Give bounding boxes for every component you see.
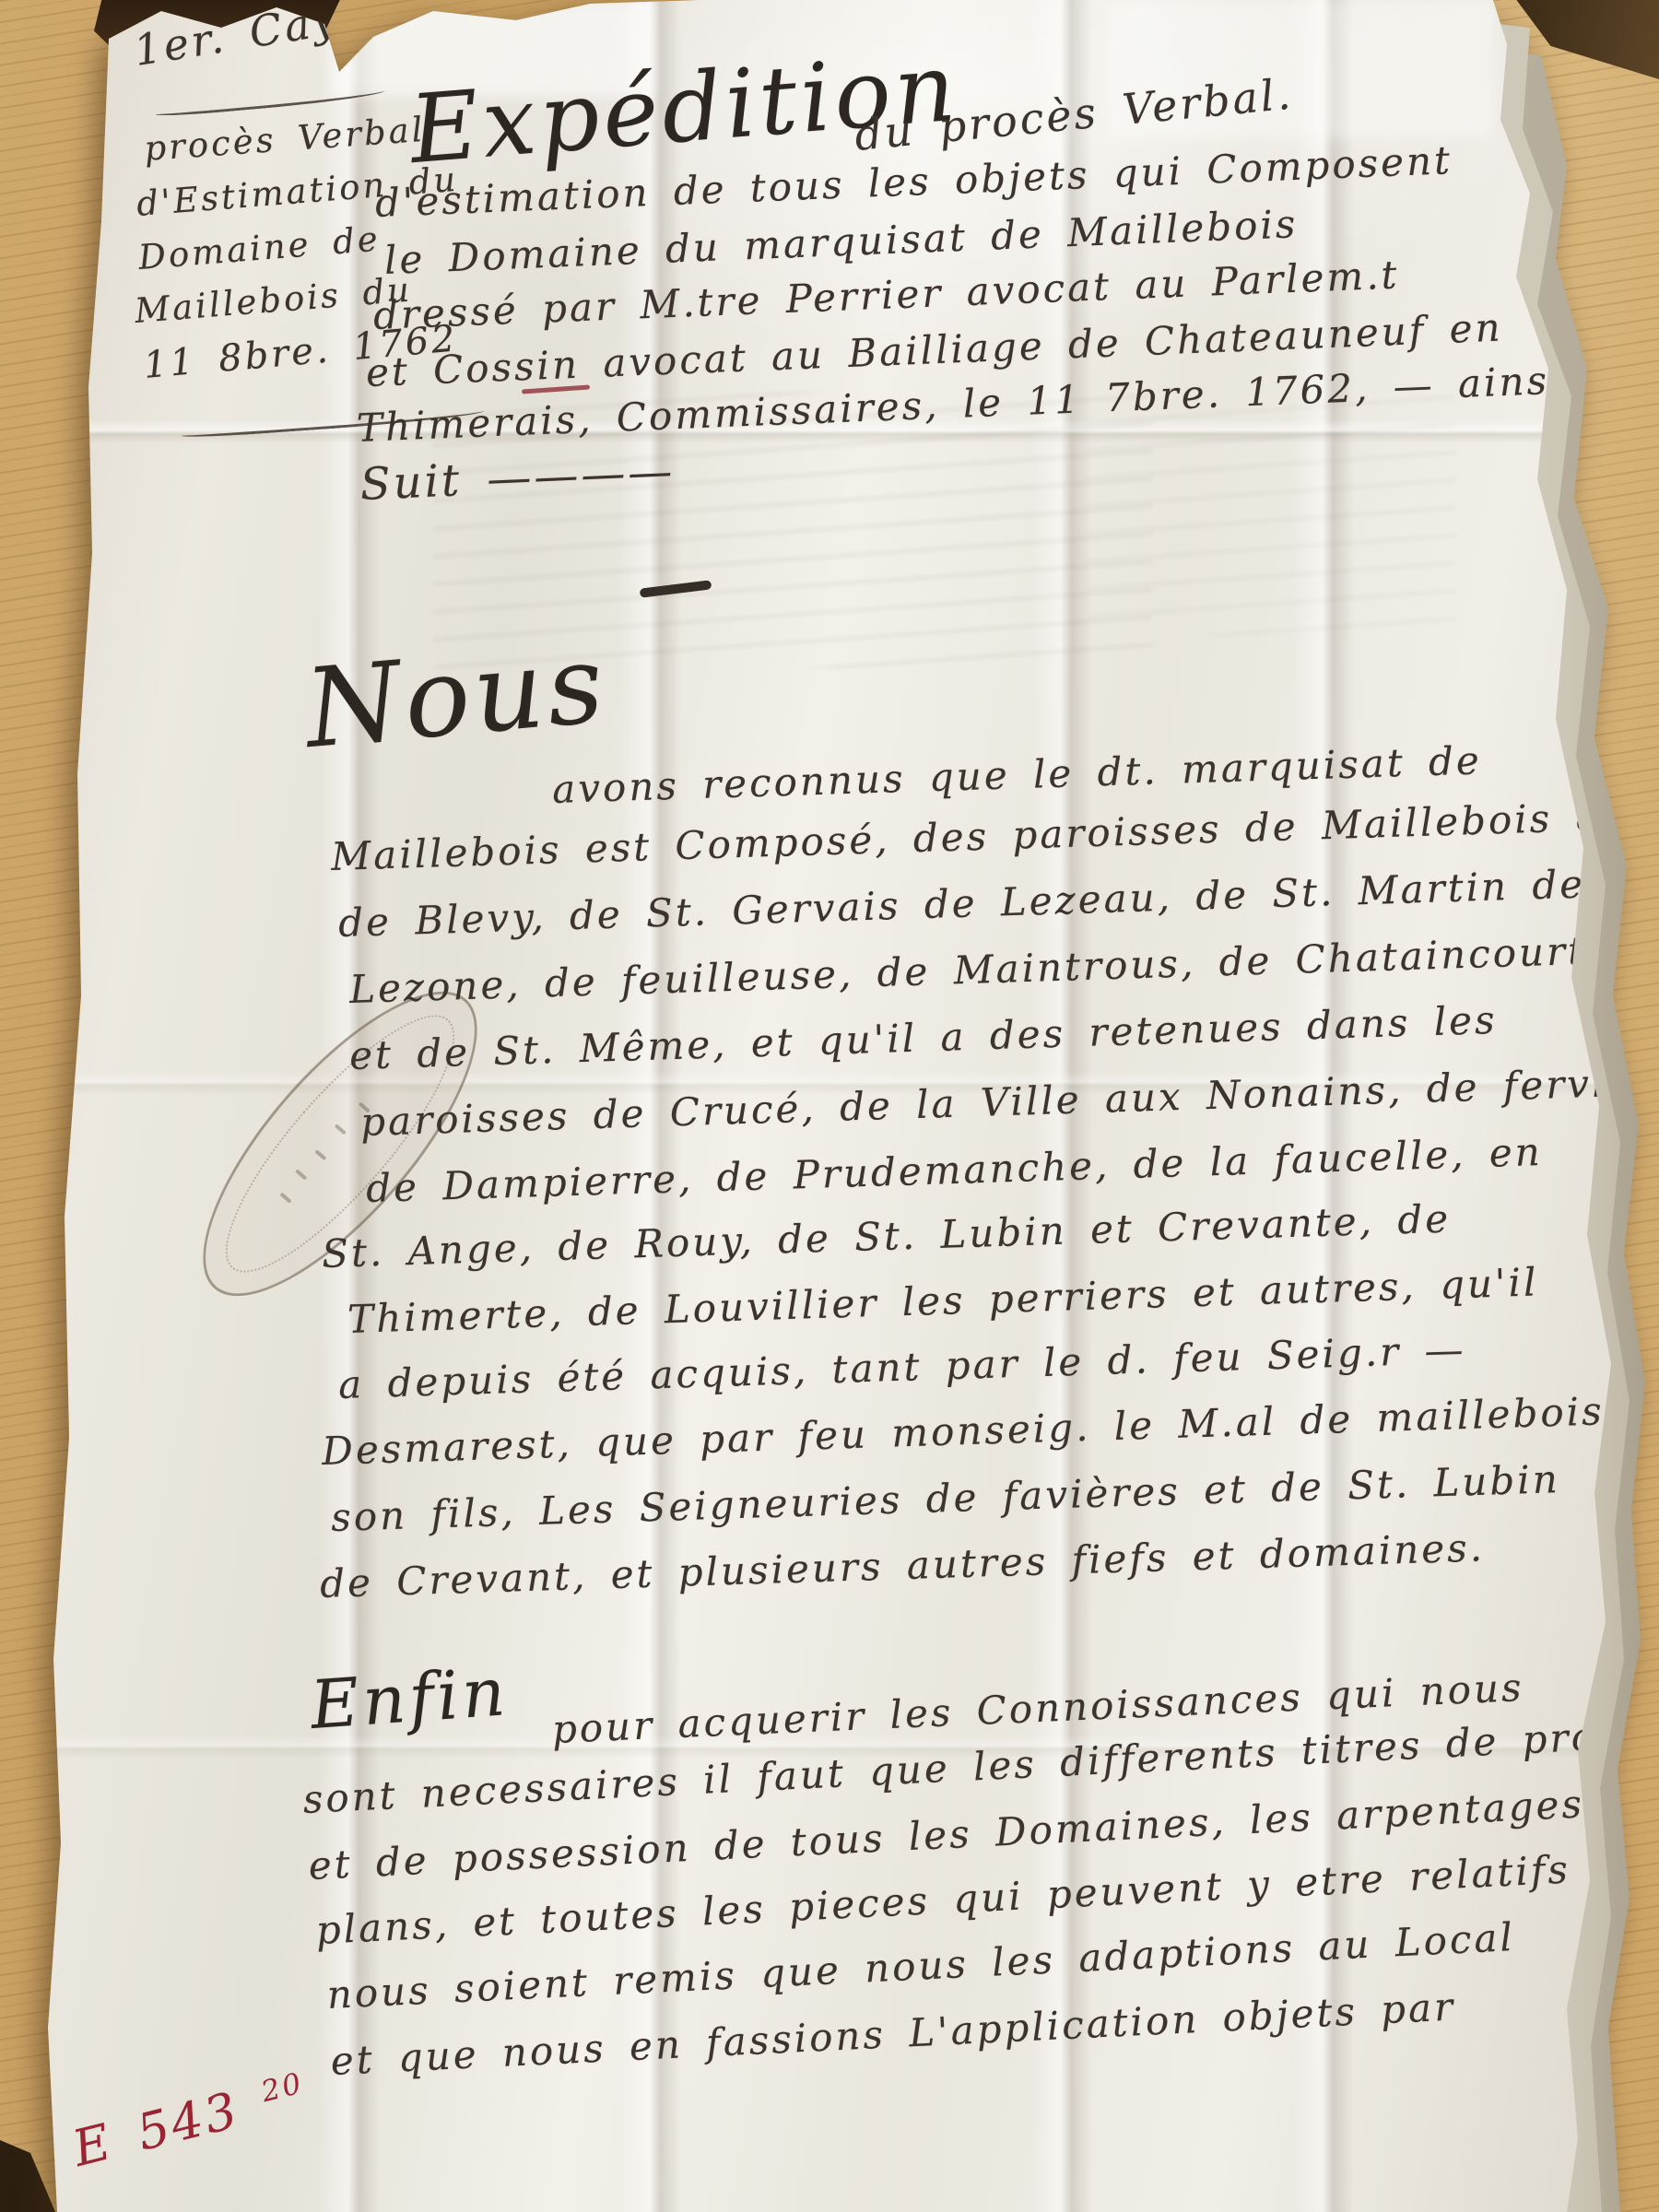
body-initial-word: Nous — [300, 619, 612, 772]
archive-shelfmark-text: E 543 — [67, 2080, 245, 2178]
table-shadow-bottom-left — [0, 2140, 55, 2212]
archive-shelfmark: E 543 20 — [67, 2064, 312, 2178]
closing-initial-word: Enfin — [308, 1653, 511, 1744]
manuscript-page: 1er. Cayer procès Verbal d'Estimation du… — [0, 0, 1659, 2212]
manuscript-photo: 1er. Cayer procès Verbal d'Estimation du… — [0, 0, 1659, 2212]
archive-shelfmark-superscript: 20 — [258, 2066, 307, 2109]
body-line: St. Ange, de Rouy, de St. Lubin et Creva… — [321, 1196, 1451, 1277]
ink-bleedthrough — [1088, 396, 1456, 636]
